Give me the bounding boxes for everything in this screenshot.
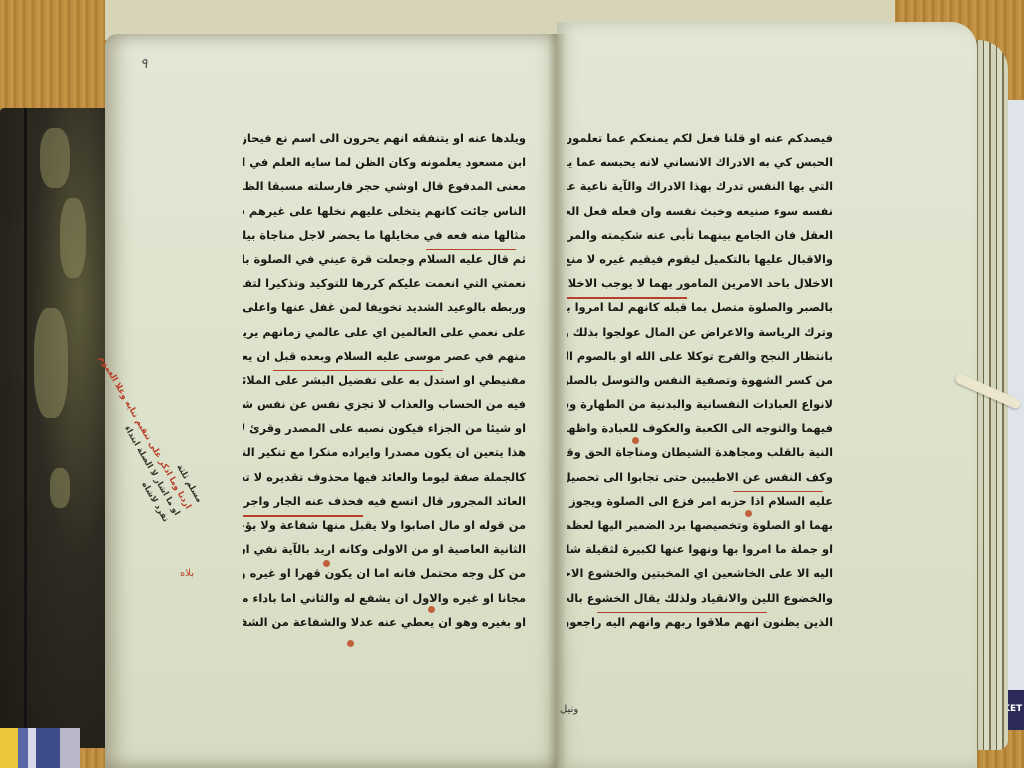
text-line: النية بالقلب ومجاهدة الشيطان ومناجاة الح… bbox=[567, 440, 833, 464]
text-line: او شيئا من الجزاء فيكون نصبه على المصدر … bbox=[243, 416, 526, 440]
text-line: من قوله او مال اصابوا ولا يقبل منها شفاع… bbox=[243, 513, 526, 537]
rubric-dot bbox=[745, 510, 752, 517]
text-line: فيهما والتوجه الى الكعبة والعكوف للعبادة… bbox=[567, 416, 833, 440]
text-line: وربطه بالوعيد الشديد تخويفا لمن غفل عنها… bbox=[243, 295, 526, 319]
text-line: من كل وجه محتمل فانه اما ان يكون قهرا او… bbox=[243, 561, 526, 585]
text-line: فيصدكم عنه او قلنا فعل لكم يمنعكم عما تع… bbox=[567, 126, 833, 150]
book-gutter bbox=[548, 34, 566, 768]
text-line: وكف النفس عن الاطيبين حتى تجابوا الى تحص… bbox=[567, 465, 833, 489]
text-line: عليه السلام اذا حزبه امر فزع الى الصلوة … bbox=[567, 489, 833, 513]
text-line: من كسر الشهوة وتصفية النفس والتوسل بالصل… bbox=[567, 368, 833, 392]
rubric-dot bbox=[428, 606, 435, 613]
left-text-block: ويلدها عنه او يتنفقه انهم يحرون الى اسم … bbox=[243, 126, 526, 634]
text-line: فيه من الحساب والعذاب لا تجزي نفس عن نفس… bbox=[243, 392, 526, 416]
text-line: الحبس كي به الادراك الانساني لانه يحبسه … bbox=[567, 150, 833, 174]
text-line: او بغيره وهو ان يعطي عنه عدلا والشفاعة م… bbox=[243, 610, 526, 634]
text-line: مفنيطي او استدل به على تفضيل البشر على ا… bbox=[243, 368, 526, 392]
right-text-block: فيصدكم عنه او قلنا فعل لكم يمنعكم عما تع… bbox=[567, 126, 833, 634]
text-line: لانواع العبادات النفسانية والبدنية من ال… bbox=[567, 392, 833, 416]
text-line: ثم قال عليه السلام وجعلت قرة عيني في الص… bbox=[243, 247, 526, 271]
text-line: العائد المجرور قال اتسع فيه فحذف عنه الج… bbox=[243, 489, 526, 513]
text-line: منهم في عصر موسى عليه السلام وبعده قبل ا… bbox=[243, 344, 526, 368]
rubric-dot bbox=[632, 437, 639, 444]
text-line: مثالها منه فعه في مخايلها ما يحضر لاجل م… bbox=[243, 223, 526, 247]
text-line: الذين يظنون انهم ملاقوا ربهم وانهم اليه … bbox=[567, 610, 833, 634]
books-stack bbox=[0, 728, 80, 768]
text-line: مجانا او غيره والاول ان يشفع له والثاني … bbox=[243, 586, 526, 610]
text-line: كالجملة صفة ليوما والعائد فيها محذوف تقد… bbox=[243, 465, 526, 489]
text-line: بانتظار النجح والفرج توكلا على الله او ب… bbox=[567, 344, 833, 368]
text-line: والاقبال عليها بالتكميل ليقوم فيقيم غيره… bbox=[567, 247, 833, 271]
text-line: اليه الا على الخاشعين اي المخبتين والخشو… bbox=[567, 561, 833, 585]
text-line: نعمتي التي انعمت عليكم كررها للتوكيد وتذ… bbox=[243, 271, 526, 295]
text-line: وترك الرياسة والاعراض عن المال عولجوا بذ… bbox=[567, 320, 833, 344]
text-line: التي بها النفس تدرك بهذا الادراك والآية … bbox=[567, 174, 833, 198]
rubric-dot bbox=[347, 640, 354, 647]
text-line: هذا يتعين ان يكون مصدرا وايراده منكرا مع… bbox=[243, 440, 526, 464]
text-line: ابن مسعود يعلمونه وكان الظن لما سايه الع… bbox=[243, 150, 526, 174]
text-line: الاخلال باحد الامرين المامور بهما لا يوج… bbox=[567, 271, 833, 295]
text-line: او جملة ما امروا بها ونهوا عنها لكبيرة ل… bbox=[567, 537, 833, 561]
text-line: والخضوع اللين والانقياد ولذلك يقال الخشو… bbox=[567, 586, 833, 610]
rubric-dot bbox=[323, 560, 330, 567]
text-line: الناس جائت كانهم يتخلى عليهم نخلها على غ… bbox=[243, 199, 526, 223]
left-catchword: بلاه bbox=[180, 568, 194, 579]
text-line: معنى المدفوع قال اوشي حجر فارسلته مسبقا … bbox=[243, 174, 526, 198]
text-line: العقل فان الجامع بينهما تأبى عنه شكيمته … bbox=[567, 223, 833, 247]
text-line: على نعمي على العالمين اي على عالمي زمانه… bbox=[243, 320, 526, 344]
text-line: بالصبر والصلوة متصل بما قبله كانهم لما ا… bbox=[567, 295, 833, 319]
text-line: بهما او الصلوة وتخصيصها برد الضمير اليها… bbox=[567, 513, 833, 537]
right-catchword: ونيل bbox=[560, 704, 578, 715]
text-line: ويلدها عنه او يتنفقه انهم يحرون الى اسم … bbox=[243, 126, 526, 150]
text-line: الثانية العاصية او من الاولى وكانه اريد … bbox=[243, 537, 526, 561]
folio-number: ٩ bbox=[140, 56, 148, 72]
text-line: نفسه سوء صنيعه وخبث نفسه وان فعله فعل ال… bbox=[567, 199, 833, 223]
